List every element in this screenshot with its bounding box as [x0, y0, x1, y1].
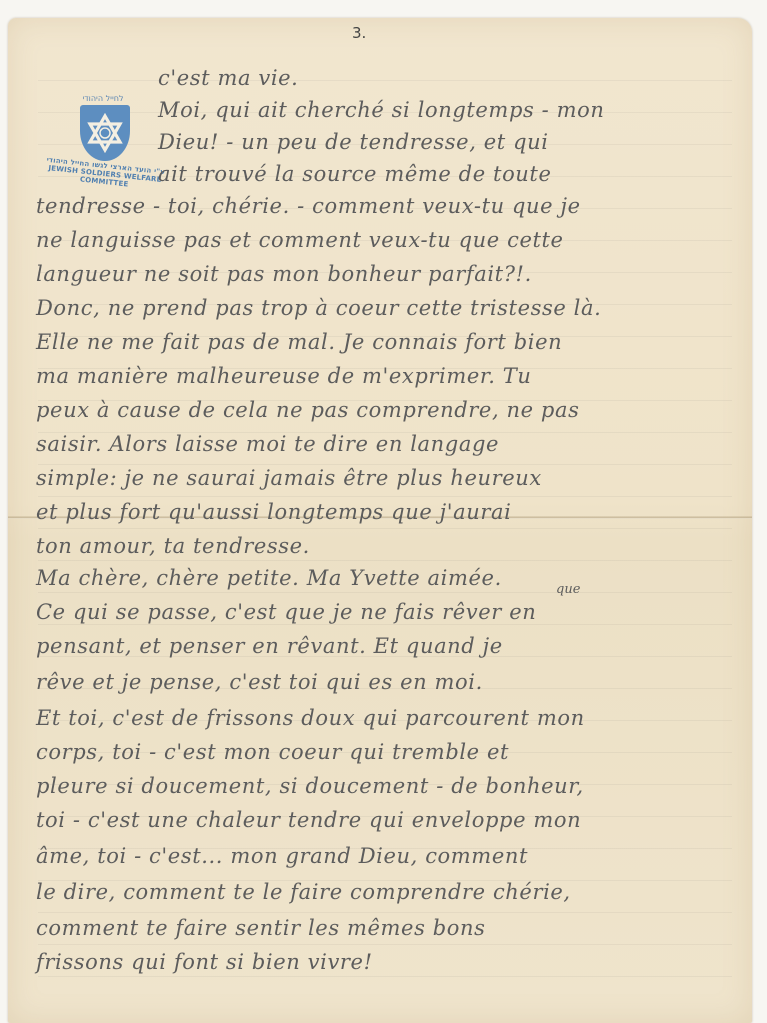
- handwritten-line: Ce qui se passe, c'est que je ne fais rê…: [36, 600, 536, 624]
- handwritten-line: Donc, ne prend pas trop à coeur cette tr…: [36, 296, 601, 320]
- handwritten-line: toi - c'est une chaleur tendre qui envel…: [36, 808, 581, 832]
- star-of-david-shield-icon: [80, 105, 130, 161]
- handwritten-line: langueur ne soit pas mon bonheur parfait…: [36, 262, 532, 286]
- handwritten-line: ait trouvé la source même de toute: [158, 162, 552, 186]
- handwritten-line: peux à cause de cela ne pas comprendre, …: [36, 398, 579, 422]
- handwritten-line: tendresse - toi, chérie. - comment veux-…: [36, 194, 581, 218]
- handwritten-line: ne languisse pas et comment veux-tu que …: [36, 228, 564, 252]
- handwritten-line: et plus fort qu'aussi longtemps que j'au…: [36, 500, 511, 524]
- handwritten-line: âme, toi - c'est... mon grand Dieu, comm…: [36, 844, 528, 868]
- handwritten-line: simple: je ne saurai jamais être plus he…: [36, 466, 542, 490]
- handwritten-line: Dieu! - un peu de tendresse, et qui: [158, 130, 549, 154]
- handwritten-line: frissons qui font si bien vivre!: [36, 950, 373, 974]
- handwritten-line: comment te faire sentir les mêmes bons: [36, 916, 486, 940]
- letterhead-hebrew-title: לחייל היהודי: [48, 94, 158, 103]
- handwritten-line: pensant, et penser en rêvant. Et quand j…: [36, 634, 503, 658]
- handwritten-line: Moi, qui ait cherché si longtemps - mon: [158, 98, 605, 122]
- handwritten-line: rêve et je pense, c'est toi qui es en mo…: [36, 670, 483, 694]
- handwritten-line: saisir. Alors laisse moi te dire en lang…: [36, 432, 499, 456]
- handwritten-insertion: que: [556, 582, 580, 597]
- handwritten-line: Et toi, c'est de frissons doux qui parco…: [36, 706, 585, 730]
- handwritten-line: pleure si doucement, si doucement - de b…: [36, 774, 584, 798]
- handwritten-line: ma manière malheureuse de m'exprimer. Tu: [36, 364, 532, 388]
- handwritten-line: corps, toi - c'est mon coeur qui tremble…: [36, 740, 509, 764]
- handwritten-line: c'est ma vie.: [158, 66, 298, 90]
- handwritten-line: Ma chère, chère petite. Ma Yvette aimée.: [36, 566, 502, 590]
- letterhead: לחייל היהודי ע"י הועד הארצי לגשו החייל ה…: [28, 94, 178, 184]
- handwritten-line: ton amour, ta tendresse.: [36, 534, 310, 558]
- handwritten-line: le dire, comment te le faire comprendre …: [36, 880, 571, 904]
- letter-page: 3. לחייל היהודי ע"י הועד הארצי לגשו החיי…: [8, 18, 752, 1023]
- handwritten-line: Elle ne me fait pas de mal. Je connais f…: [36, 330, 562, 354]
- page-number: 3.: [352, 24, 366, 42]
